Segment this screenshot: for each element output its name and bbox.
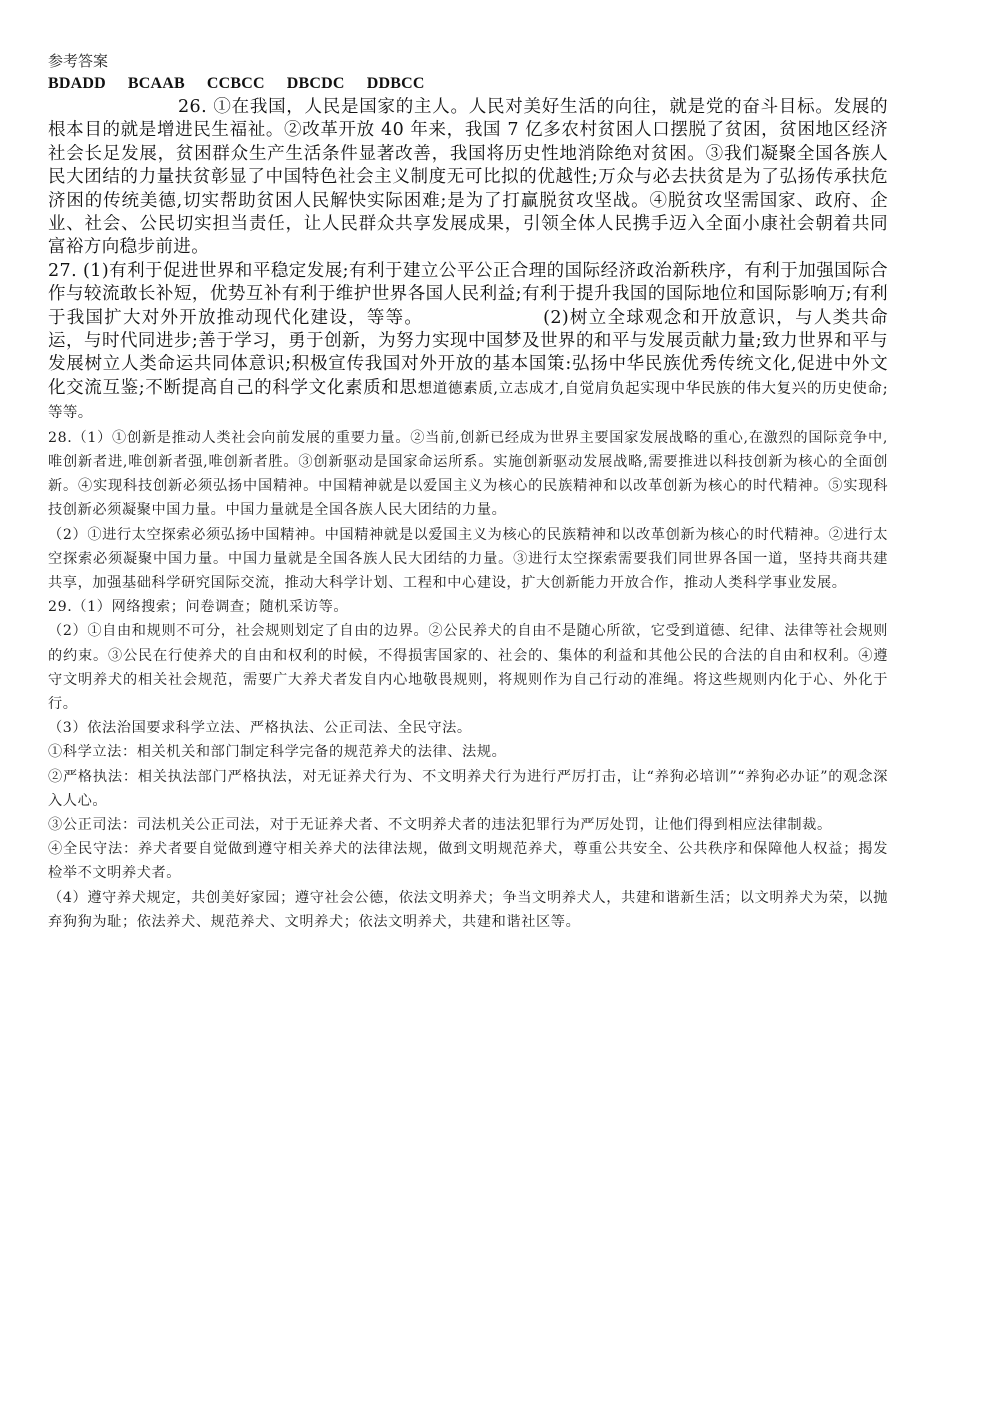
- q29-part3-item: ④全民守法：养犬者要自觉做到遵守相关养犬的法律法规，做到文明规范养犬，尊重公共安…: [48, 837, 888, 885]
- choice-answers-row: BDADDBCAABCCBCCDBCDCDDBCC: [48, 72, 888, 96]
- q29-part3-item: ③公正司法：司法机关公正司法，对于无证养犬者、不文明养犬者的违法犯罪行为严厉处罚…: [48, 813, 888, 837]
- choice-answer-group: DBCDC: [287, 75, 345, 92]
- q29-part3-item: ②严格执法：相关执法部门严格执法，对无证养犬行为、不文明养犬行为进行严厉打击，让…: [48, 765, 888, 813]
- choice-answer-group: DDBCC: [367, 75, 425, 92]
- q27-part1-text: 27. (1)有利于促进世界和平稳定发展;有利于建立公平公正合理的国际经济政治新…: [48, 260, 888, 426]
- answer-document: 参考答案 BDADDBCAABCCBCCDBCDCDDBCC 26. ①在我国，…: [48, 50, 888, 934]
- q28-part2: （2）①进行太空探索必须弘扬中国精神。中国精神就是以爱国主义为核心的民族精神和以…: [48, 523, 888, 596]
- question-29-answer: 29.（1）网络搜索；问卷调查；随机采访等。 （2）①自由和规则不可分，社会规则…: [48, 595, 888, 934]
- q29-part3-item: ①科学立法：相关机关和部门制定科学完备的规范养犬的法律、法规。: [48, 740, 888, 764]
- q29-part4: （4）遵守养犬规定，共创美好家园；遵守社会公德，依法文明养犬；争当文明养犬人，共…: [48, 886, 888, 934]
- q29-part1: 29.（1）网络搜索；问卷调查；随机采访等。: [48, 595, 888, 619]
- q28-part1: 28.（1）①创新是推动人类社会向前发展的重要力量。②当前,创新已经成为世界主要…: [48, 426, 888, 523]
- choice-answer-group: BCAAB: [128, 75, 185, 92]
- choice-answer-group: CCBCC: [207, 75, 265, 92]
- q29-part2: （2）①自由和规则不可分，社会规则划定了自由的边界。②公民养犬的自由不是随心所欲…: [48, 619, 888, 716]
- document-heading: 参考答案: [48, 50, 888, 72]
- question-28-answer: 28.（1）①创新是推动人类社会向前发展的重要力量。②当前,创新已经成为世界主要…: [48, 426, 888, 595]
- choice-answer-group: BDADD: [48, 75, 106, 92]
- question-26-answer: 26. ①在我国，人民是国家的主人。人民对美好生活的向往，就是党的奋斗目标。发展…: [48, 96, 888, 260]
- question-27-answer: 27. (1)有利于促进世界和平稳定发展;有利于建立公平公正合理的国际经济政治新…: [48, 260, 888, 426]
- q26-text: 26. ①在我国，人民是国家的主人。人民对美好生活的向往，就是党的奋斗目标。发展…: [48, 96, 888, 260]
- q29-part3-intro: （3）依法治国要求科学立法、严格执法、公正司法、全民守法。: [48, 716, 888, 740]
